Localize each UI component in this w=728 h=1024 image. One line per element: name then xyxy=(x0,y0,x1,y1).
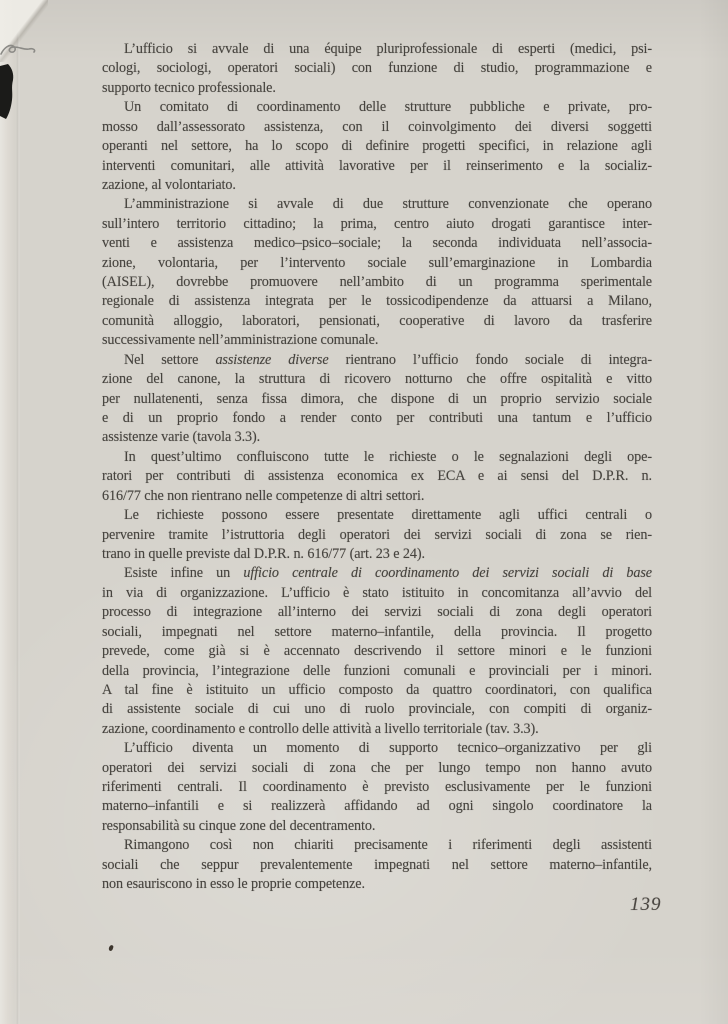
text-line: comunità alloggio, laboratori, pensionat… xyxy=(102,312,652,331)
text-line: 616/77 che non rientrano nelle competenz… xyxy=(102,487,652,506)
text-line: in via di organizzazione. L’ufficio è st… xyxy=(102,584,652,603)
paragraph: L’ufficio diventa un momento di supporto… xyxy=(102,739,652,836)
paragraph: L’ufficio si avvale di una équipe plurip… xyxy=(102,40,652,98)
text-line: cologi, sociologi, operatori sociali) co… xyxy=(102,59,652,78)
text-line: assistenze varie (tavola 3.3). xyxy=(102,428,652,447)
text-line: Un comitato di coordinamento delle strut… xyxy=(102,98,652,117)
text-line: sociali che seppur prevalentemente impeg… xyxy=(102,856,652,875)
text-line: per nullatenenti, senza fissa dimora, ch… xyxy=(102,390,652,409)
text-line: successivamente nell’amministrazione com… xyxy=(102,331,652,350)
text-line: A tal fine è istituito un ufficio compos… xyxy=(102,681,652,700)
paragraph: Esiste infine un ufficio centrale di coo… xyxy=(102,564,652,739)
text-line: In quest’ultimo confluiscono tutte le ri… xyxy=(102,448,652,467)
paragraph: Nel settore assistenze diverse rientrano… xyxy=(102,351,652,448)
paragraph: Rimangono così non chiariti precisamente… xyxy=(102,836,652,894)
ink-blob-mark xyxy=(0,62,18,127)
text-line: Nel settore assistenze diverse rientrano… xyxy=(102,351,652,370)
text-line: sociali, impegnati nel settore materno–i… xyxy=(102,623,652,642)
text-line: ratori per contributi di assistenza econ… xyxy=(102,467,652,486)
text-line: processo di integrazione all’interno dei… xyxy=(102,603,652,622)
text-block: L’ufficio si avvale di una équipe plurip… xyxy=(102,40,652,895)
text-line: mosso dall’assessorato assistenza, con i… xyxy=(102,118,652,137)
text-line: L’ufficio diventa un momento di supporto… xyxy=(102,739,652,758)
text-line: materno–infantili e si realizzerà affida… xyxy=(102,797,652,816)
text-line: regionale di assistenza integrata per le… xyxy=(102,292,652,311)
scanned-book-page: L’ufficio si avvale di una équipe plurip… xyxy=(0,0,728,1024)
text-line: riferimenti centrali. Il coordinamento è… xyxy=(102,778,652,797)
text-line: trano in quelle previste dal D.P.R. n. 6… xyxy=(102,545,652,564)
text-line: operatori dei servizi sociali di zona ch… xyxy=(102,759,652,778)
paragraph: In quest’ultimo confluiscono tutte le ri… xyxy=(102,448,652,506)
text-line: (AISEL), dovrebbe promuovere nell’ambito… xyxy=(102,273,652,292)
paragraph: L’amministrazione si avvale di due strut… xyxy=(102,195,652,350)
text-line: zione, volontaria, per l’intervento soci… xyxy=(102,254,652,273)
text-line: Le richieste possono essere presentate d… xyxy=(102,506,652,525)
text-line: responsabilità su cinque zone del decent… xyxy=(102,817,652,836)
paper-edge xyxy=(0,0,14,1024)
text-line: L’ufficio si avvale di una équipe plurip… xyxy=(102,40,652,59)
paper-crease xyxy=(16,0,20,1024)
text-line: venti e assistenza medico–psico–sociale;… xyxy=(102,234,652,253)
text-line: non esauriscono in esso le proprie compe… xyxy=(102,875,652,894)
text-line: e di un proprio fondo a render conto per… xyxy=(102,409,652,428)
paragraph: Le richieste possono essere presentate d… xyxy=(102,506,652,564)
text-line: interventi comunitari, alle attività lav… xyxy=(102,157,652,176)
text-line: zione del canone, la struttura di ricove… xyxy=(102,370,652,389)
text-line: pervenire tramite l’istruttoria degli op… xyxy=(102,526,652,545)
text-line: sull’intero territorio cittadino; la pri… xyxy=(102,215,652,234)
text-line: della provincia, l’integrazione delle fu… xyxy=(102,662,652,681)
text-line: supporto tecnico professionale. xyxy=(102,79,652,98)
text-line: zazione, al volontariato. xyxy=(102,176,652,195)
text-line: di assistente sociale di cui uno di ruol… xyxy=(102,700,652,719)
text-line: zazione, coordinamento e controllo delle… xyxy=(102,720,652,739)
paragraph: Un comitato di coordinamento delle strut… xyxy=(102,98,652,195)
page-number: 139 xyxy=(630,894,662,916)
text-line: Esiste infine un ufficio centrale di coo… xyxy=(102,564,652,583)
text-line: Rimangono così non chiariti precisamente… xyxy=(102,836,652,855)
text-line: prevede, come già si è accennato descriv… xyxy=(102,642,652,661)
text-line: L’amministrazione si avvale di due strut… xyxy=(102,195,652,214)
ink-speck xyxy=(108,945,114,952)
text-line: operanti nel settore, ha lo scopo di def… xyxy=(102,137,652,156)
